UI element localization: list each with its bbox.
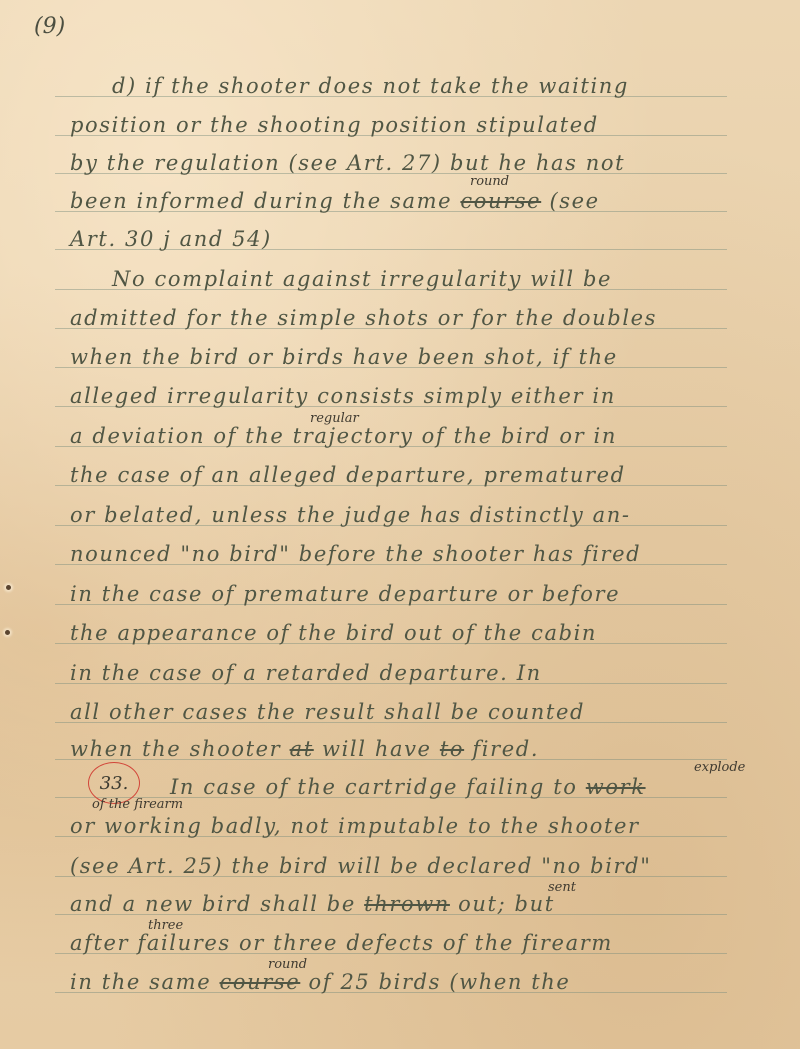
handwritten-page: (9) d) if the shooter does not take the … bbox=[0, 0, 800, 1049]
struck-word: thrown bbox=[364, 892, 450, 916]
insertion-explode: explode bbox=[694, 760, 745, 775]
struck-word: at bbox=[290, 737, 314, 761]
text-line: admitted for the simple shots or for the… bbox=[70, 306, 770, 330]
text-line: when the shooter at will have to fired. bbox=[70, 737, 770, 761]
punch-hole bbox=[6, 585, 11, 590]
text-line: or working badly, not imputable to the s… bbox=[70, 814, 770, 838]
struck-word: work bbox=[586, 775, 646, 799]
text-line: No complaint against irregularity will b… bbox=[112, 267, 800, 291]
text-line: in the case of premature departure or be… bbox=[70, 582, 770, 606]
text-line: in the case of a retarded departure. In bbox=[70, 661, 770, 685]
text-line: all other cases the result shall be coun… bbox=[70, 700, 770, 724]
text-line: by the regulation (see Art. 27) but he h… bbox=[70, 151, 770, 175]
insertion-round: round bbox=[470, 174, 509, 189]
text-line: after failures or three defects of the f… bbox=[70, 931, 770, 955]
struck-word: course bbox=[460, 189, 541, 213]
text-line: (see Art. 25) the bird will be declared … bbox=[70, 854, 770, 878]
text-line: been informed during the same course (se… bbox=[70, 189, 770, 213]
text-line: or belated, unless the judge has distinc… bbox=[70, 503, 770, 527]
text-line: in the same course of 25 birds (when the bbox=[70, 970, 770, 994]
text-line: when the bird or birds have been shot, i… bbox=[70, 345, 770, 369]
text-line: the appearance of the bird out of the ca… bbox=[70, 621, 770, 645]
text-line: position or the shooting position stipul… bbox=[70, 113, 770, 137]
punch-hole bbox=[5, 630, 10, 635]
page-number: (9) bbox=[34, 14, 65, 39]
text-line: In case of the cartridge failing to work bbox=[170, 775, 800, 799]
struck-word: to bbox=[440, 737, 464, 761]
insertion-of-the-firearm: of the firearm bbox=[92, 797, 183, 812]
text-line: a deviation of the trajectory of the bir… bbox=[70, 424, 770, 448]
text-line: alleged irregularity consists simply eit… bbox=[70, 384, 770, 408]
text-line: and a new bird shall be thrown out; but bbox=[70, 892, 770, 916]
text-line: Art. 30 j and 54) bbox=[70, 227, 770, 251]
text-line: the case of an alleged departure, premat… bbox=[70, 463, 770, 487]
text-line: d) if the shooter does not take the wait… bbox=[112, 74, 800, 98]
insertion-sent: sent bbox=[548, 880, 576, 895]
struck-word: course bbox=[220, 970, 301, 994]
text-line: nounced "no bird" before the shooter has… bbox=[70, 542, 770, 566]
insertion-regular: regular bbox=[310, 411, 359, 426]
